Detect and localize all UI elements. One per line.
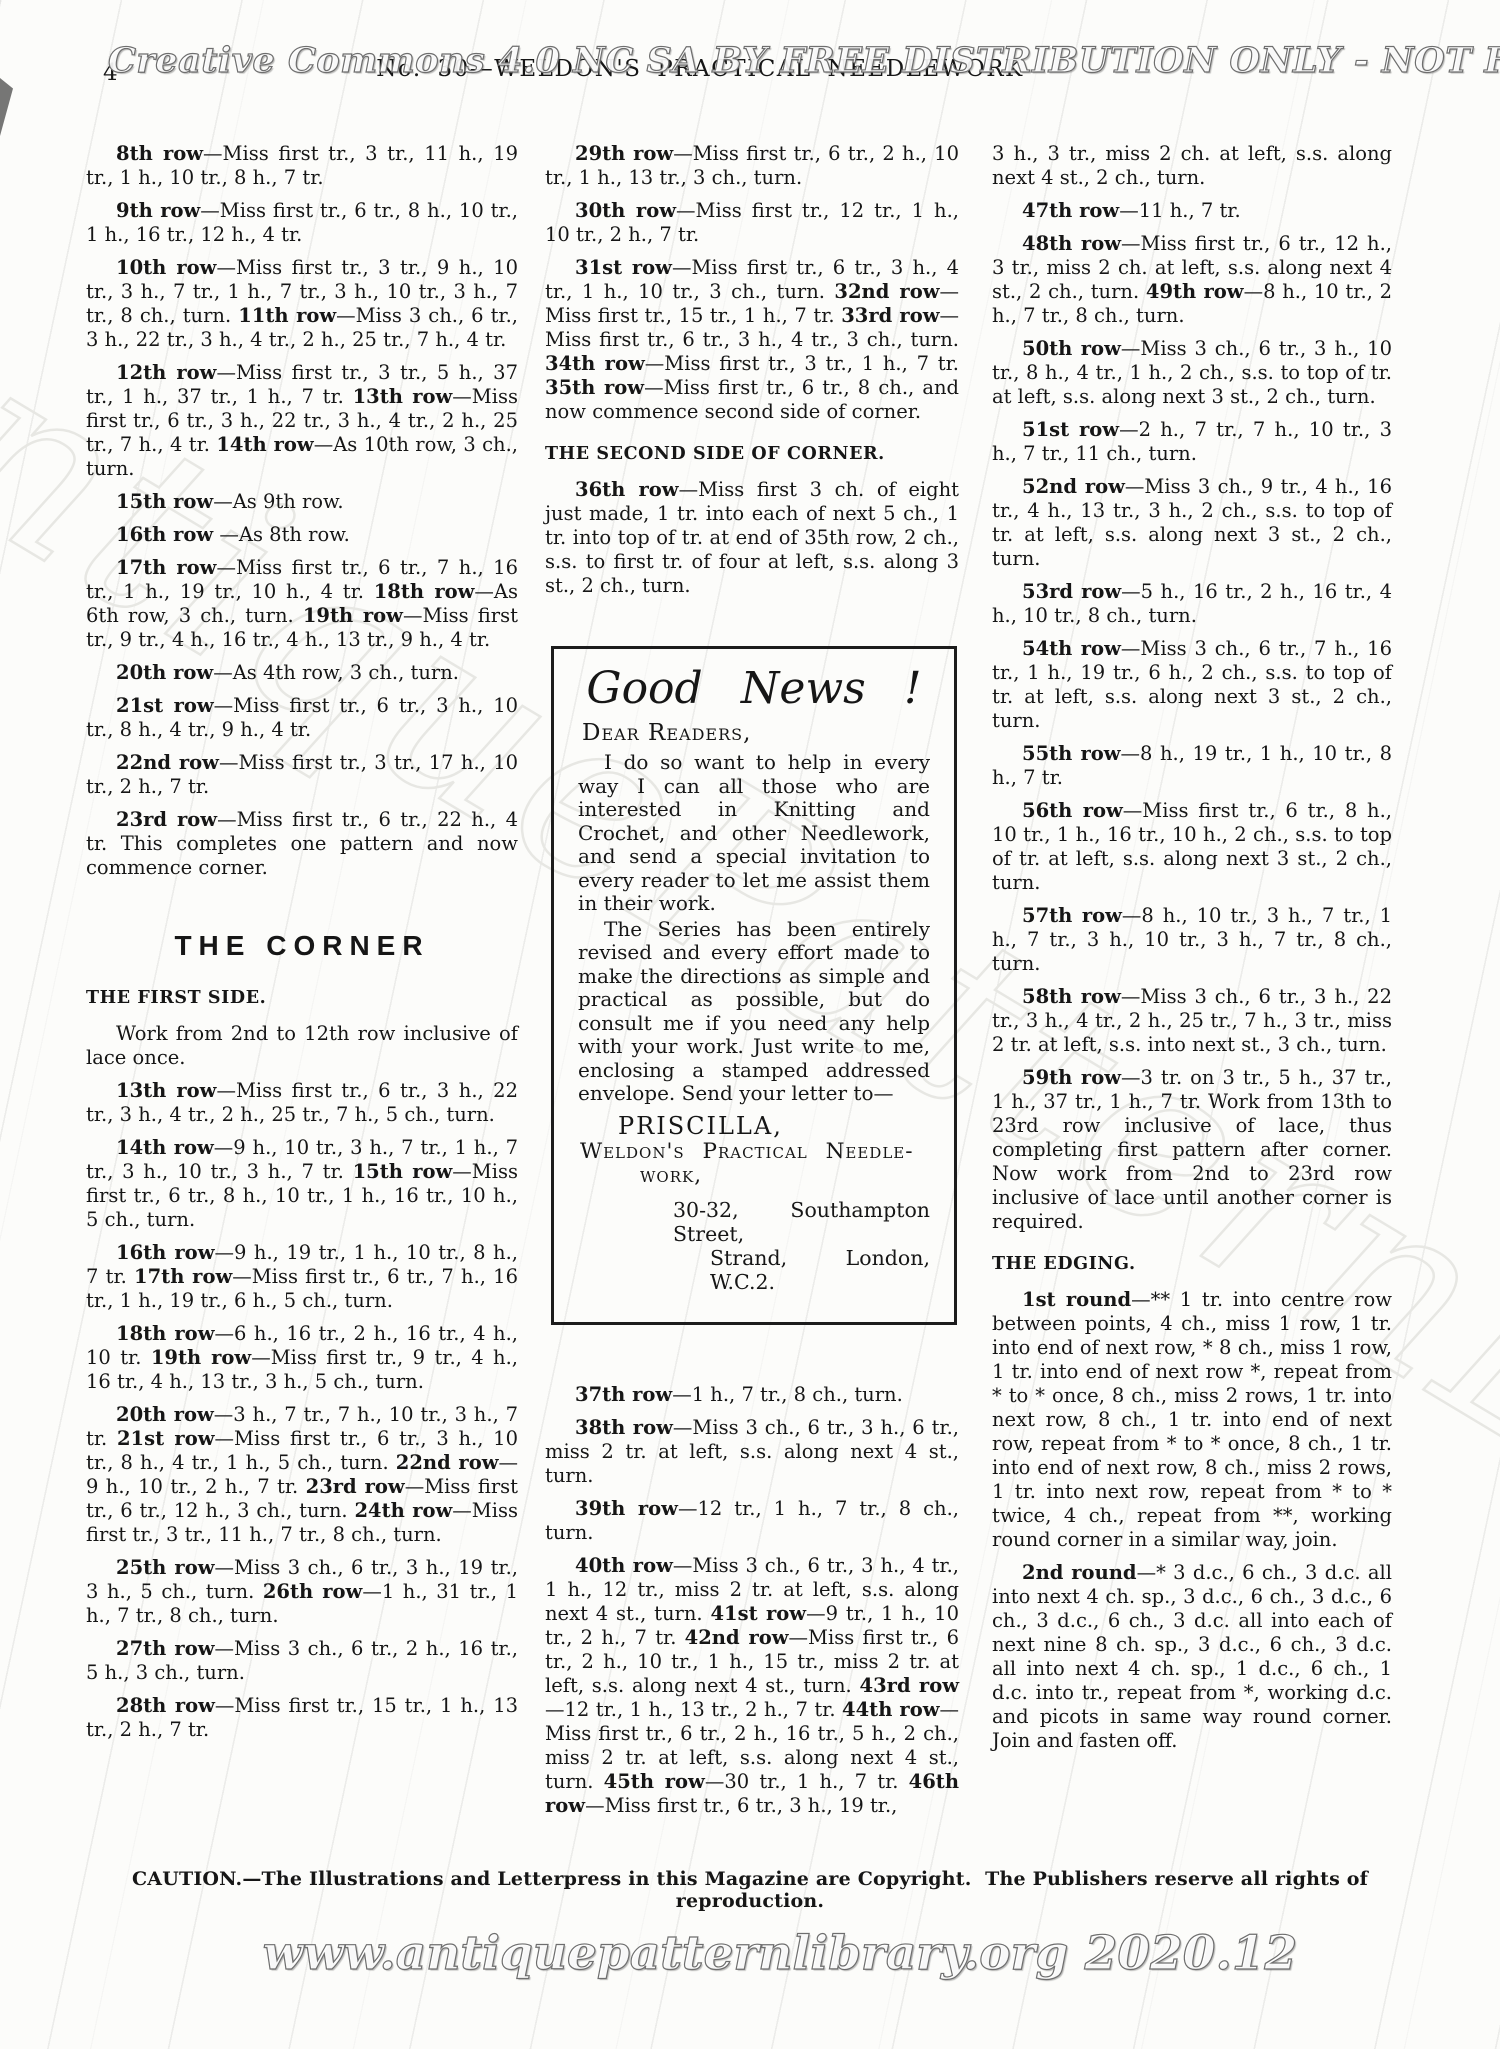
pattern-paragraph: 54th row—Miss 3 ch., 6 tr., 7 h., 16 tr.… — [992, 637, 1392, 733]
row-label: 18th row — [374, 580, 475, 603]
pattern-paragraph: 48th row—Miss first tr., 6 tr., 12 h., 3… — [992, 232, 1392, 328]
pattern-paragraph: 28th row—Miss first tr., 15 tr., 1 h., 1… — [86, 1694, 518, 1742]
row-label: 38th row — [575, 1416, 673, 1439]
row-label: 27th row — [116, 1637, 215, 1660]
adbox-address-line2: Strand, London, W.C.2. — [710, 1246, 930, 1294]
row-label: 17th row — [134, 1265, 232, 1288]
row-label: 15th row — [116, 490, 213, 513]
row-label: 13th row — [116, 1079, 216, 1102]
pattern-paragraph: 50th row—Miss 3 ch., 6 tr., 3 h., 10 tr.… — [992, 337, 1392, 409]
pattern-paragraph: 22nd row—Miss first tr., 3 tr., 17 h., 1… — [86, 751, 518, 799]
row-label: 19th row — [303, 604, 403, 627]
row-label: 50th row — [1022, 337, 1121, 360]
scan-edge-artifact — [0, 78, 13, 136]
row-label: 51st row — [1022, 418, 1119, 441]
row-label: 13th row — [353, 385, 453, 408]
row-label: 21st row — [117, 1427, 215, 1450]
section-heading: THE FIRST SIDE. — [86, 986, 518, 1010]
row-label: 14th row — [116, 1136, 214, 1159]
section-heading: THE SECOND SIDE OF CORNER. — [545, 442, 959, 466]
pattern-paragraph: 3 h., 3 tr., miss 2 ch. at left, s.s. al… — [992, 142, 1392, 190]
pattern-paragraph: 16th row —As 8th row. — [86, 523, 518, 547]
column-right: 3 h., 3 tr., miss 2 ch. at left, s.s. al… — [992, 142, 1392, 1762]
row-label: 36th row — [575, 478, 679, 501]
column-middle-bottom: 37th row—1 h., 7 tr., 8 ch., turn.38th r… — [545, 1383, 959, 1818]
row-label: 29th row — [575, 142, 673, 165]
row-label: 14th row — [216, 433, 313, 456]
row-label: 11th row — [238, 304, 336, 327]
section-heading: THE CORNER — [86, 934, 518, 958]
row-label: 57th row — [1022, 904, 1122, 927]
pattern-paragraph: 14th row—9 h., 10 tr., 3 h., 7 tr., 1 h.… — [86, 1136, 518, 1232]
pattern-paragraph: 10th row—Miss first tr., 3 tr., 9 h., 10… — [86, 256, 518, 352]
pattern-paragraph: 15th row—As 9th row. — [86, 490, 518, 514]
column-middle-top: 29th row—Miss first tr., 6 tr., 2 h., 10… — [545, 142, 959, 598]
pattern-paragraph: 17th row—Miss first tr., 6 tr., 7 h., 16… — [86, 556, 518, 652]
pattern-paragraph: 21st row—Miss first tr., 6 tr., 3 h., 10… — [86, 694, 518, 742]
row-label: 42nd row — [685, 1626, 789, 1649]
row-label: 58th row — [1022, 985, 1121, 1008]
pattern-paragraph: Work from 2nd to 12th row inclusive of l… — [86, 1022, 518, 1070]
row-label: 54th row — [1022, 637, 1121, 660]
row-label: 33rd row — [841, 304, 939, 327]
row-label: 40th row — [575, 1554, 673, 1577]
row-label: 34th row — [545, 352, 645, 375]
row-label: 8th row — [116, 142, 203, 165]
pattern-paragraph: 12th row—Miss first tr., 3 tr., 5 h., 37… — [86, 361, 518, 481]
row-label: 56th row — [1022, 799, 1123, 822]
row-label: 32nd row — [834, 280, 939, 303]
row-label: 23rd row — [306, 1475, 405, 1498]
adbox-paragraph: The Series has been entirely revised and… — [578, 918, 930, 1106]
pattern-paragraph: 59th row—3 tr. on 3 tr., 5 h., 37 tr., 1… — [992, 1066, 1392, 1234]
pattern-paragraph: 52nd row—Miss 3 ch., 9 tr., 4 h., 16 tr.… — [992, 475, 1392, 571]
pattern-paragraph: 55th row—8 h., 19 tr., 1 h., 10 tr., 8 h… — [992, 742, 1392, 790]
row-label: 30th row — [575, 199, 676, 222]
row-label: 16th row — [116, 523, 213, 546]
row-label: 47th row — [1022, 199, 1119, 222]
adbox-organization-line1: Weldon's Practical Needle- — [580, 1140, 930, 1164]
pattern-paragraph: 51st row—2 h., 7 tr., 7 h., 10 tr., 3 h.… — [992, 418, 1392, 466]
row-label: 17th row — [116, 556, 216, 579]
row-label: 25th row — [116, 1556, 215, 1579]
row-label: 16th row — [116, 1241, 214, 1264]
pattern-paragraph: 36th row—Miss first 3 ch. of eight just … — [545, 478, 959, 598]
row-label: 19th row — [151, 1346, 251, 1369]
pattern-paragraph: 40th row—Miss 3 ch., 6 tr., 3 h., 4 tr.,… — [545, 1554, 959, 1818]
pattern-paragraph: 39th row—12 tr., 1 h., 7 tr., 8 ch., tur… — [545, 1497, 959, 1545]
pattern-paragraph: 27th row—Miss 3 ch., 6 tr., 2 h., 16 tr.… — [86, 1637, 518, 1685]
good-news-box: Good News ! Dear Readers, I do so want t… — [551, 646, 957, 1325]
column-middle: 29th row—Miss first tr., 6 tr., 2 h., 10… — [545, 142, 959, 1827]
section-heading: THE EDGING. — [992, 1252, 1392, 1276]
row-label: 48th row — [1022, 232, 1121, 255]
row-label: 15th row — [353, 1160, 453, 1183]
pattern-paragraph: 30th row—Miss first tr., 12 tr., 1 h., 1… — [545, 199, 959, 247]
row-label: 24th row — [354, 1499, 452, 1522]
row-label: 39th row — [575, 1497, 678, 1520]
pattern-paragraph: 58th row—Miss 3 ch., 6 tr., 3 h., 22 tr.… — [992, 985, 1392, 1057]
pattern-paragraph: 1st round—** 1 tr. into centre row betwe… — [992, 1288, 1392, 1552]
pattern-paragraph: 29th row—Miss first tr., 6 tr., 2 h., 10… — [545, 142, 959, 190]
adbox-salutation: Dear Readers, — [582, 721, 930, 745]
row-label: 28th row — [116, 1694, 215, 1717]
pattern-paragraph: 38th row—Miss 3 ch., 6 tr., 3 h., 6 tr.,… — [545, 1416, 959, 1488]
row-label: 12th row — [116, 361, 216, 384]
antique-pattern-library-watermark: www.antiquepatternlibrary.org 2020.12 — [0, 1926, 1500, 1981]
pattern-paragraph: 13th row—Miss first tr., 6 tr., 3 h., 22… — [86, 1079, 518, 1127]
row-label: 20th row — [116, 1403, 214, 1426]
row-label: 41st row — [710, 1602, 806, 1625]
row-label: 52nd row — [1022, 475, 1125, 498]
pattern-paragraph: 9th row—Miss first tr., 6 tr., 8 h., 10 … — [86, 199, 518, 247]
row-label: 35th row — [545, 376, 644, 399]
adbox-signature: PRISCILLA, — [618, 1114, 930, 1138]
pattern-paragraph: 37th row—1 h., 7 tr., 8 ch., turn. — [545, 1383, 959, 1407]
adbox-paragraph: I do so want to help in every way I can … — [578, 751, 930, 916]
row-label: 53rd row — [1022, 580, 1121, 603]
row-label: 18th row — [116, 1322, 214, 1345]
adbox-title: Good News ! — [578, 677, 930, 701]
row-label: 37th row — [575, 1383, 672, 1406]
pattern-paragraph: 20th row—As 4th row, 3 ch., turn. — [86, 661, 518, 685]
pattern-paragraph: 53rd row—5 h., 16 tr., 2 h., 16 tr., 4 h… — [992, 580, 1392, 628]
pattern-paragraph: 2nd round—* 3 d.c., 6 ch., 3 d.c. all in… — [992, 1561, 1392, 1753]
row-label: 23rd row — [116, 808, 217, 831]
row-label: 10th row — [116, 256, 216, 279]
row-label: 43rd row — [860, 1674, 959, 1697]
pattern-paragraph: 47th row—11 h., 7 tr. — [992, 199, 1392, 223]
row-label: 1st round — [1022, 1288, 1131, 1311]
row-label: 44th row — [842, 1698, 939, 1721]
row-label: 26th row — [263, 1580, 363, 1603]
pattern-paragraph: 8th row—Miss first tr., 3 tr., 11 h., 19… — [86, 142, 518, 190]
adbox-address-line1: 30-32, Southampton Street, — [673, 1198, 930, 1246]
row-label: 45th row — [604, 1770, 705, 1793]
pattern-paragraph: 16th row—9 h., 19 tr., 1 h., 10 tr., 8 h… — [86, 1241, 518, 1313]
row-label: 31st row — [575, 256, 672, 279]
pattern-paragraph: 56th row—Miss first tr., 6 tr., 8 h., 10… — [992, 799, 1392, 895]
column-left: 8th row—Miss first tr., 3 tr., 11 h., 19… — [86, 142, 518, 1751]
row-label: 49th row — [1146, 280, 1244, 303]
row-label: 21st row — [116, 694, 214, 717]
pattern-paragraph: 18th row—6 h., 16 tr., 2 h., 16 tr., 4 h… — [86, 1322, 518, 1394]
row-label: 55th row — [1022, 742, 1121, 765]
row-label: 2nd round — [1022, 1561, 1137, 1584]
row-label: 22nd row — [116, 751, 219, 774]
row-label: 9th row — [116, 199, 200, 222]
pattern-paragraph: 20th row—3 h., 7 tr., 7 h., 10 tr., 3 h.… — [86, 1403, 518, 1547]
creative-commons-watermark: Creative Commons 4.0 NC SA BY FREE DISTR… — [108, 40, 1500, 81]
row-label: 20th row — [116, 661, 213, 684]
pattern-paragraph: 57th row—8 h., 10 tr., 3 h., 7 tr., 1 h.… — [992, 904, 1392, 976]
pattern-paragraph: 23rd row—Miss first tr., 6 tr., 22 h., 4… — [86, 808, 518, 880]
pattern-paragraph: 31st row—Miss first tr., 6 tr., 3 h., 4 … — [545, 256, 959, 424]
row-label: 59th row — [1022, 1066, 1121, 1089]
copyright-caution-line: CAUTION.—The Illustrations and Letterpre… — [60, 1868, 1440, 1912]
row-label: 22nd row — [396, 1451, 499, 1474]
adbox-organization-line2: work, — [640, 1164, 930, 1188]
pattern-paragraph: 25th row—Miss 3 ch., 6 tr., 3 h., 19 tr.… — [86, 1556, 518, 1628]
scanned-magazine-page: AntiquePatternLibrary Creative Commons 4… — [0, 0, 1500, 2049]
